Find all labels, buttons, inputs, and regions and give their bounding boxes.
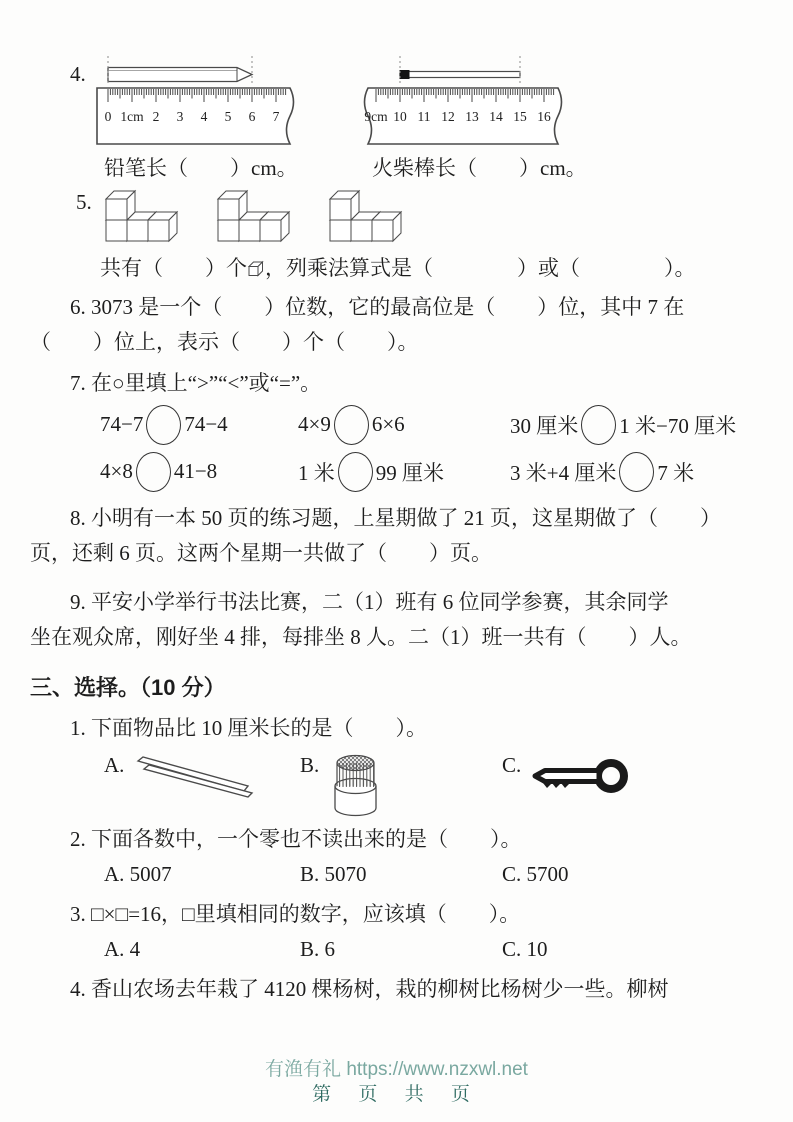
choice-1-options: A. B. C. [104, 750, 763, 816]
comparison-item: 1 米99 厘米 [298, 452, 510, 492]
question-8-line1: 8. 小明有一本 50 页的练习题，上星期做了 21 页，这星期做了（ ） [30, 501, 763, 536]
svg-text:7: 7 [273, 109, 280, 124]
choice-3-options: A. 4 B. 6 C. 10 [104, 932, 763, 966]
svg-text:15: 15 [513, 109, 527, 124]
test-paper-page: 4. 01cm234567 9cm10111213141516 铅笔长（ ）cm… [0, 0, 793, 1122]
cube-icon [247, 254, 265, 271]
footer-page-number: 第 页 共 页 [0, 1082, 793, 1108]
question-8-line2: 页，还剩 6 页。这两个星期一共做了（ ）页。 [30, 536, 763, 571]
choice-question-2: 2. 下面各数中，一个零也不读出来的是（ ）。 A. 5007 B. 5070 … [30, 822, 763, 891]
section-3-heading: 三、选择。（10 分） [30, 671, 763, 705]
toothpick-holder-icon [325, 750, 387, 824]
option-a: A. [104, 750, 300, 810]
question-number: 4. [70, 62, 86, 87]
svg-text:12: 12 [441, 109, 455, 124]
comparison-circle [581, 405, 616, 445]
cube-figures-row [102, 188, 763, 244]
question-7-compare: 7. 在○里填上“>”“<”或“=”。 74−774−4 4×96×6 30 厘… [30, 366, 763, 495]
svg-text:4: 4 [201, 109, 208, 124]
comparison-circle [136, 452, 171, 492]
comparison-item: 74−774−4 [100, 405, 298, 445]
option-c: C. 10 [502, 932, 763, 966]
choice-question-1: 1. 下面物品比 10 厘米长的是（ ）。 A. B. [30, 711, 763, 816]
question-6-number-places: 6. 3073 是一个（ ）位数，它的最高位是（ ）位，其中 7 在 （ ）位上… [30, 290, 763, 360]
choice-question-4: 4. 香山农场去年栽了 4120 棵杨树，栽的柳树比杨树少一些。柳树 [30, 972, 763, 1007]
comparison-circle [334, 405, 369, 445]
matchstick-length-caption: 火柴棒长（ ）cm。 [358, 152, 576, 182]
question-9-contest: 9. 平安小学举行书法比赛，二（1）班有 6 位同学参赛，其余同学 坐在观众席，… [30, 585, 763, 655]
svg-text:14: 14 [489, 109, 503, 124]
comparison-row-2: 4×841−8 1 米99 厘米 3 米+4 厘米7 米 [100, 448, 763, 495]
comparison-circle [146, 405, 181, 445]
comparison-row-1: 74−774−4 4×96×6 30 厘米1 米−70 厘米 [100, 401, 763, 448]
question-4-measure: 4. 01cm234567 9cm10111213141516 铅笔长（ ）cm… [30, 54, 763, 182]
choice-question-3: 3. □×□=16，□里填相同的数字，应该填（ ）。 A. 4 B. 6 C. … [30, 897, 763, 966]
question-8-workbook: 8. 小明有一本 50 页的练习题，上星期做了 21 页，这星期做了（ ） 页，… [30, 501, 763, 571]
question-5-text: 共有（ ）个，列乘法算式是（ ）或（ ）。 [100, 252, 763, 284]
question-6-line1: 6. 3073 是一个（ ）位数，它的最高位是（ ）位，其中 7 在 [30, 290, 763, 325]
cube-group-figure [326, 188, 406, 244]
cube-group-figure [214, 188, 294, 244]
choice-3-text: 3. □×□=16，□里填相同的数字，应该填（ ）。 [30, 897, 763, 932]
svg-text:13: 13 [465, 109, 479, 124]
footer-site-link: 有渔有礼 https://www.nzxwl.net [0, 1058, 793, 1082]
comparison-item: 30 厘米1 米−70 厘米 [510, 405, 763, 445]
option-b: B. 6 [300, 932, 502, 966]
option-b: B. 5070 [300, 857, 502, 891]
svg-text:9cm: 9cm [364, 109, 388, 124]
ruler-captions: 铅笔长（ ）cm。 火柴棒长（ ）cm。 [90, 152, 763, 182]
svg-text:11: 11 [418, 109, 431, 124]
svg-text:2: 2 [153, 109, 160, 124]
comparison-item: 4×96×6 [298, 405, 510, 445]
svg-text:5: 5 [225, 109, 232, 124]
comparison-circle [338, 452, 373, 492]
option-a: A. 5007 [104, 857, 300, 891]
ruler-figures-row: 01cm234567 9cm10111213141516 [90, 54, 763, 150]
svg-text:16: 16 [537, 109, 551, 124]
choice-1-text: 1. 下面物品比 10 厘米长的是（ ）。 [30, 711, 763, 746]
option-c: C. [502, 750, 763, 808]
svg-text:6: 6 [249, 109, 256, 124]
comparison-item: 4×841−8 [100, 452, 298, 492]
svg-text:0: 0 [105, 109, 112, 124]
question-6-line2: （ ）位上，表示（ ）个（ ）。 [30, 325, 763, 360]
option-c: C. 5700 [502, 857, 763, 891]
svg-text:10: 10 [393, 109, 407, 124]
choice-2-options: A. 5007 B. 5070 C. 5700 [104, 857, 763, 891]
choice-4-text: 4. 香山农场去年栽了 4120 棵杨树，栽的柳树比杨树少一些。柳树 [30, 972, 763, 1007]
question-5-cubes: 5. 共有（ ）个，列乘法算式是（ ）或（ ）。 [30, 188, 763, 284]
pencil-length-caption: 铅笔长（ ）cm。 [90, 152, 308, 182]
svg-text:3: 3 [177, 109, 184, 124]
question-7-title: 7. 在○里填上“>”“<”或“=”。 [30, 366, 763, 401]
question-9-line2: 坐在观众席，刚好坐 4 排，每排坐 8 人。二（1）班一共有（ ）人。 [30, 620, 763, 655]
comparison-item: 3 米+4 厘米7 米 [510, 452, 763, 492]
ruler-pencil-figure: 01cm234567 [90, 54, 308, 150]
page-footer: 有渔有礼 https://www.nzxwl.net 第 页 共 页 [0, 1058, 793, 1108]
option-a: A. 4 [104, 932, 300, 966]
choice-2-text: 2. 下面各数中，一个零也不读出来的是（ ）。 [30, 822, 763, 857]
comparison-circle [619, 452, 654, 492]
cube-group-figure [102, 188, 182, 244]
chopsticks-icon [130, 750, 258, 810]
question-number: 5. [76, 190, 92, 215]
svg-text:1cm: 1cm [120, 109, 144, 124]
key-icon [527, 750, 633, 808]
question-9-line1: 9. 平安小学举行书法比赛，二（1）班有 6 位同学参赛，其余同学 [30, 585, 763, 620]
ruler-matchstick-figure: 9cm10111213141516 [358, 54, 576, 150]
option-b: B. [300, 750, 502, 824]
